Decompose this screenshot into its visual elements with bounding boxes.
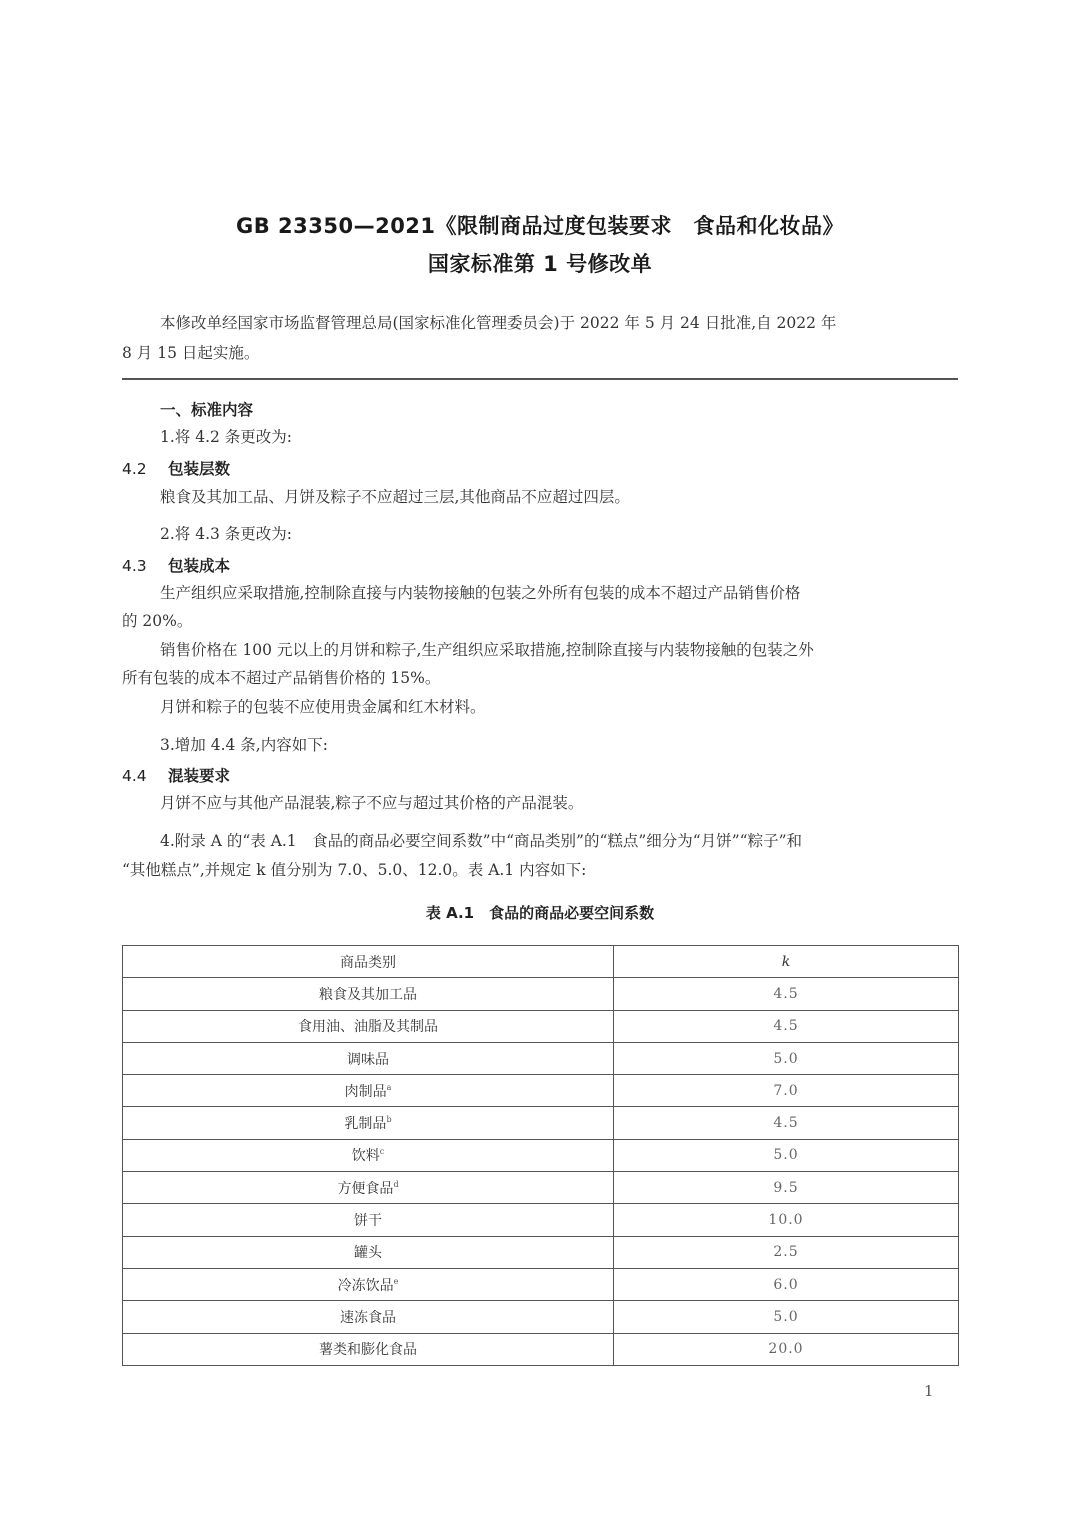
category-label: 肉制品 [345,1084,387,1100]
header-category: 商品类别 [123,946,614,978]
table-row: 肉制品a7.0 [123,1075,959,1107]
table-row: 饼干10.0 [123,1204,959,1236]
k-value-cell: 5.0 [614,1139,959,1171]
clause-heading-4-3: 4.3包装成本 [122,554,230,576]
clause-title: 包装成本 [168,557,230,575]
instruction-1: 1.将 4.2 条更改为: [160,427,292,447]
clause-4-3-para2-line1: 销售价格在 100 元以上的月饼和粽子,生产组织应采取措施,控制除直接与内装物接… [160,640,814,660]
category-label: 冷冻饮品 [338,1278,394,1294]
clause-number: 4.2 [122,460,168,478]
space-coefficient-table: 商品类别 k 粮食及其加工品4.5食用油、油脂及其制品4.5调味品5.0肉制品a… [122,945,959,1366]
k-value-cell: 4.5 [614,1010,959,1042]
category-label: 调味品 [347,1052,389,1068]
category-cell: 调味品 [123,1042,614,1074]
category-cell: 乳制品b [123,1107,614,1139]
k-value-cell: 5.0 [614,1042,959,1074]
horizontal-divider [122,378,958,380]
footnote-marker: a [387,1083,392,1092]
instruction-2: 2.将 4.3 条更改为: [160,524,292,544]
footnote-marker: b [386,1115,391,1124]
k-value-cell: 10.0 [614,1204,959,1236]
table-row: 薯类和膨化食品20.0 [123,1333,959,1365]
table-row: 食用油、油脂及其制品4.5 [123,1010,959,1042]
clause-title: 包装层数 [168,460,230,478]
k-value-cell: 7.0 [614,1075,959,1107]
category-cell: 冷冻饮品e [123,1268,614,1300]
instruction-4-line1: 4.附录 A 的“表 A.1 食品的商品必要空间系数”中“商品类别”的“糕点”细… [160,831,802,851]
clause-4-3-para1-line1: 生产组织应采取措施,控制除直接与内装物接触的包装之外所有包装的成本不超过产品销售… [160,583,800,603]
document-title-line2: 国家标准第 1 号修改单 [0,248,1080,278]
k-value-cell: 4.5 [614,978,959,1010]
clause-4-4-text: 月饼不应与其他产品混装,粽子不应与超过其价格的产品混装。 [160,793,583,813]
category-cell: 肉制品a [123,1075,614,1107]
category-label: 饼干 [354,1213,382,1229]
intro-paragraph-line2: 8 月 15 日起实施。 [122,343,259,363]
section-heading: 一、标准内容 [160,398,253,420]
clause-4-2-text: 粮食及其加工品、月饼及粽子不应超过三层,其他商品不应超过四层。 [160,487,630,507]
table-row: 饮料c5.0 [123,1139,959,1171]
category-label: 薯类和膨化食品 [319,1342,417,1358]
k-value-cell: 4.5 [614,1107,959,1139]
instruction-3: 3.增加 4.4 条,内容如下: [160,735,328,755]
clause-number: 4.3 [122,557,168,575]
table-row: 罐头2.5 [123,1236,959,1268]
header-k: k [614,946,959,978]
page-number: 1 [924,1382,934,1400]
document-page: GB 23350—2021《限制商品过度包装要求 食品和化妆品》 国家标准第 1… [0,0,1080,1527]
table-row: 方便食品d9.5 [123,1172,959,1204]
clause-4-3-para1-line2: 的 20%。 [122,611,192,631]
footnote-marker: e [394,1277,399,1286]
instruction-4-line2: “其他糕点”,并规定 k 值分别为 7.0、5.0、12.0。表 A.1 内容如… [122,860,586,880]
footnote-marker: d [393,1180,398,1189]
category-cell: 方便食品d [123,1172,614,1204]
clause-heading-4-4: 4.4混装要求 [122,764,230,786]
category-label: 饮料 [352,1148,380,1164]
document-title-line1: GB 23350—2021《限制商品过度包装要求 食品和化妆品》 [0,210,1080,240]
category-label: 速冻食品 [340,1310,396,1326]
clause-title: 混装要求 [168,767,230,785]
intro-paragraph-line1: 本修改单经国家市场监督管理总局(国家标准化管理委员会)于 2022 年 5 月 … [160,313,836,333]
table-header-row: 商品类别 k [123,946,959,978]
table-row: 粮食及其加工品4.5 [123,978,959,1010]
category-cell: 速冻食品 [123,1301,614,1333]
k-value-cell: 9.5 [614,1172,959,1204]
k-value-cell: 6.0 [614,1268,959,1300]
clause-4-3-para2-line2: 所有包装的成本不超过产品销售价格的 15%。 [122,668,440,688]
footnote-marker: c [380,1147,384,1156]
category-label: 粮食及其加工品 [319,987,417,1003]
table-row: 速冻食品5.0 [123,1301,959,1333]
category-cell: 饮料c [123,1139,614,1171]
table-caption: 表 A.1 食品的商品必要空间系数 [0,902,1080,923]
k-value-cell: 2.5 [614,1236,959,1268]
table-row: 调味品5.0 [123,1042,959,1074]
category-cell: 罐头 [123,1236,614,1268]
category-label: 乳制品 [344,1116,386,1132]
table-row: 冷冻饮品e6.0 [123,1268,959,1300]
category-label: 食用油、油脂及其制品 [298,1019,438,1035]
clause-number: 4.4 [122,767,168,785]
k-value-cell: 20.0 [614,1333,959,1365]
clause-heading-4-2: 4.2包装层数 [122,457,230,479]
clause-4-3-para3: 月饼和粽子的包装不应使用贵金属和红木材料。 [160,697,486,717]
category-label: 罐头 [354,1245,382,1261]
category-cell: 薯类和膨化食品 [123,1333,614,1365]
category-cell: 粮食及其加工品 [123,978,614,1010]
category-cell: 饼干 [123,1204,614,1236]
category-cell: 食用油、油脂及其制品 [123,1010,614,1042]
table-row: 乳制品b4.5 [123,1107,959,1139]
k-value-cell: 5.0 [614,1301,959,1333]
category-label: 方便食品 [337,1181,393,1197]
